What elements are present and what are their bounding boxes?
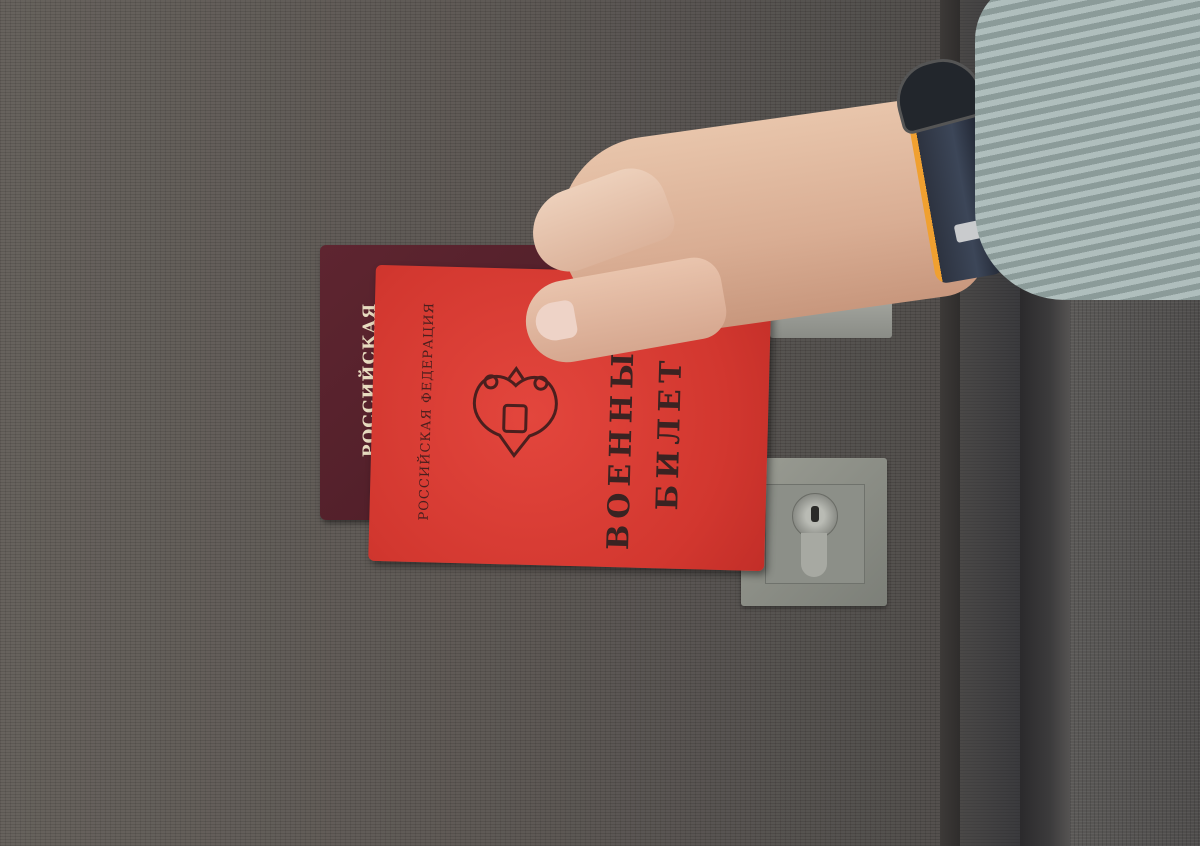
double-headed-eagle-icon: [459, 359, 572, 472]
thumbnail: [533, 299, 579, 343]
lock-inner-plate: [765, 484, 865, 584]
photo-scene: РОССИЙСКАЯ РОССИЙСКАЯ ФЕДЕРАЦИЯ ВОЕННЫЙ …: [0, 0, 1200, 846]
knit-sweater-sleeve: [975, 0, 1200, 300]
keyhole-icon: [811, 506, 819, 522]
military-id-federation-text: РОССИЙСКАЯ ФЕДЕРАЦИЯ: [417, 302, 438, 521]
lock-cylinder-body: [801, 533, 827, 577]
military-id-title-line2: БИЛЕТ: [650, 354, 689, 511]
